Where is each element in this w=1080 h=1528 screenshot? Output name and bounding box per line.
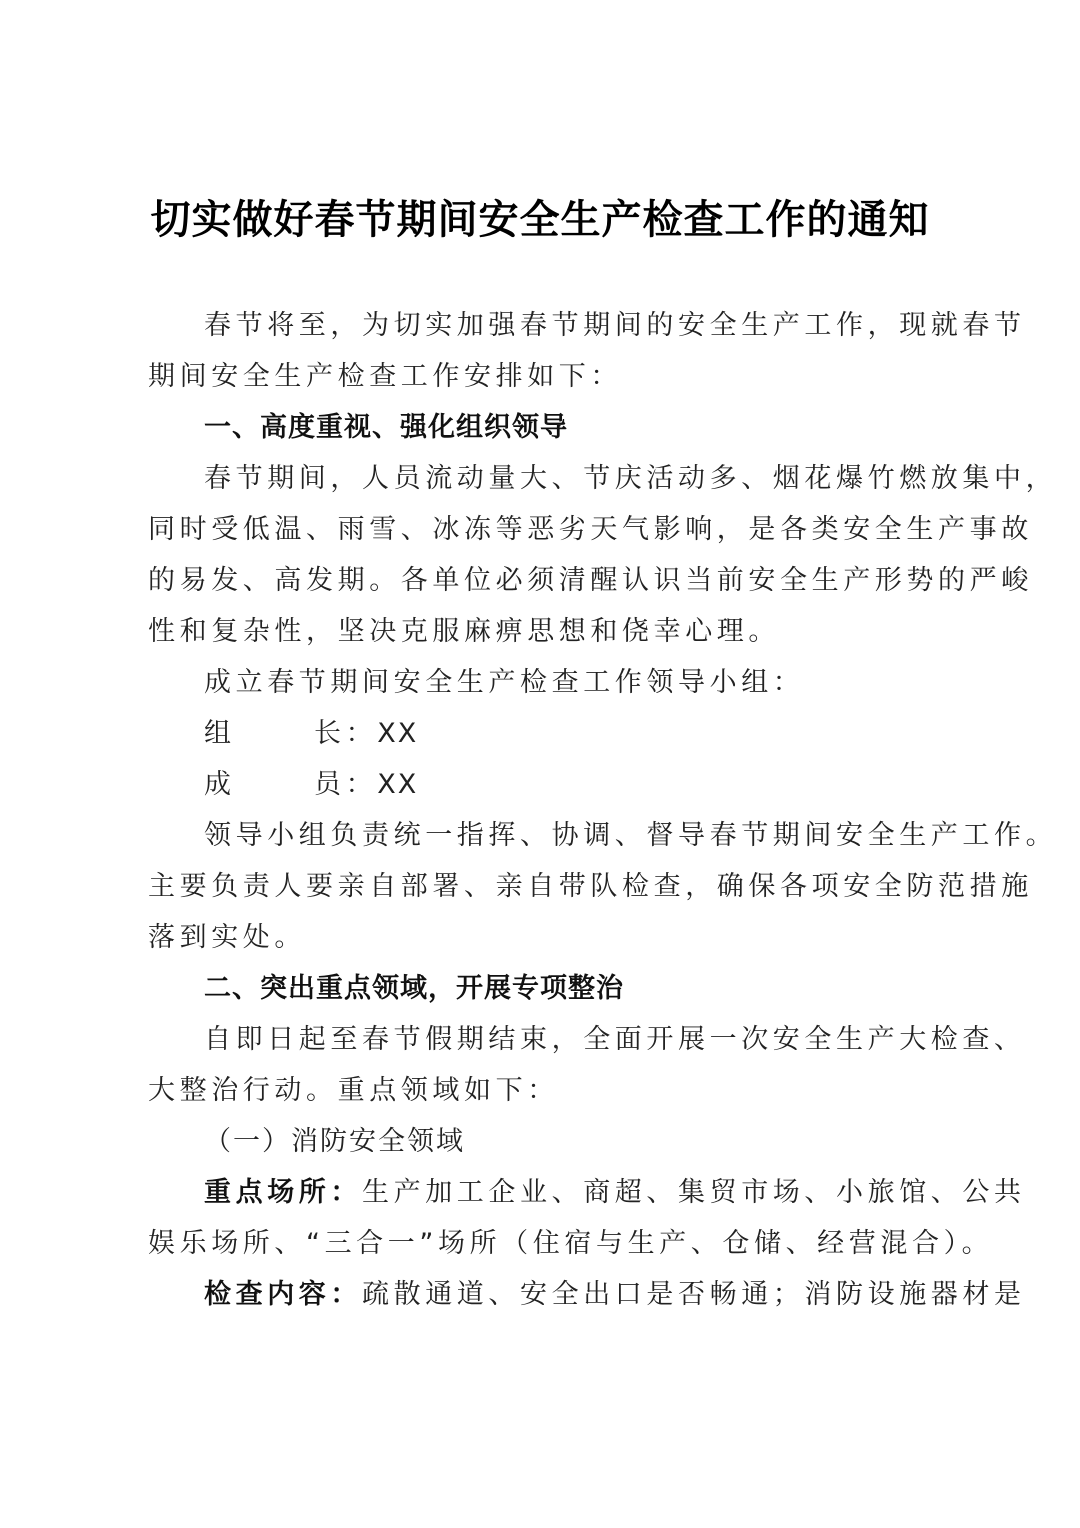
leader-value: XX: [377, 718, 418, 749]
member-row: 成员：XX: [204, 765, 1004, 805]
section-1-para-1-line-4: 性和复杂性，坚决克服麻痹思想和侥幸心理。: [148, 612, 948, 652]
key-places-line-1: 重点场所：生产加工企业、商超、集贸市场、小旅馆、公共: [204, 1173, 1004, 1213]
group-intro: 成立春节期间安全生产检查工作领导小组：: [204, 663, 1004, 703]
intro-line-1: 春节将至，为切实加强春节期间的安全生产工作，现就春节: [204, 306, 1004, 346]
section-2-heading: 二、突出重点领域，开展专项整治: [204, 969, 1004, 1009]
section-1-para-1-line-2: 同时受低温、雨雪、冰冻等恶劣天气影响，是各类安全生产事故: [148, 510, 948, 550]
leader-label-b: 长：: [314, 718, 377, 749]
check-content-text: 疏散通道、安全出口是否畅通；消防设施器材是: [362, 1279, 1026, 1310]
intro-line-2: 期间安全生产检查工作安排如下：: [148, 357, 948, 397]
section-1-para-1-line-1: 春节期间，人员流动量大、节庆活动多、烟花爆竹燃放集中，: [204, 459, 1004, 499]
document-title: 切实做好春节期间安全生产检查工作的通知: [0, 188, 1080, 245]
section-1-para-2-line-3: 落到实处。: [148, 918, 948, 958]
section-1-para-2-line-1: 领导小组负责统一指挥、协调、督导春节期间安全生产工作。: [204, 816, 1004, 856]
leader-label-a: 组: [204, 714, 314, 754]
member-label-b: 员：: [314, 769, 377, 800]
member-value: XX: [377, 769, 418, 800]
leader-row: 组长：XX: [204, 714, 1004, 754]
section-1-heading: 一、高度重视、强化组织领导: [204, 408, 1004, 448]
key-places-text: 生产加工企业、商超、集贸市场、小旅馆、公共: [362, 1177, 1026, 1208]
check-content-label: 检查内容：: [204, 1279, 362, 1310]
key-places-line-2: 娱乐场所、“三合一”场所（住宿与生产、仓储、经营混合）。: [148, 1224, 948, 1264]
section-1-para-2-line-2: 主要负责人要亲自部署、亲自带队检查，确保各项安全防范措施: [148, 867, 948, 907]
check-content-line-1: 检查内容：疏散通道、安全出口是否畅通；消防设施器材是: [204, 1275, 1004, 1315]
section-1-para-1-line-3: 的易发、高发期。各单位必须清醒认识当前安全生产形势的严峻: [148, 561, 948, 601]
member-label-a: 成: [204, 765, 314, 805]
document-page: 切实做好春节期间安全生产检查工作的通知 春节将至，为切实加强春节期间的安全生产工…: [0, 0, 1080, 1528]
section-2-para-1-line-1: 自即日起至春节假期结束，全面开展一次安全生产大检查、: [204, 1020, 1004, 1060]
key-places-label: 重点场所：: [204, 1177, 362, 1208]
section-2-para-1-line-2: 大整治行动。重点领域如下：: [148, 1071, 948, 1111]
subsection-1-heading: （一）消防安全领域: [204, 1122, 1004, 1162]
